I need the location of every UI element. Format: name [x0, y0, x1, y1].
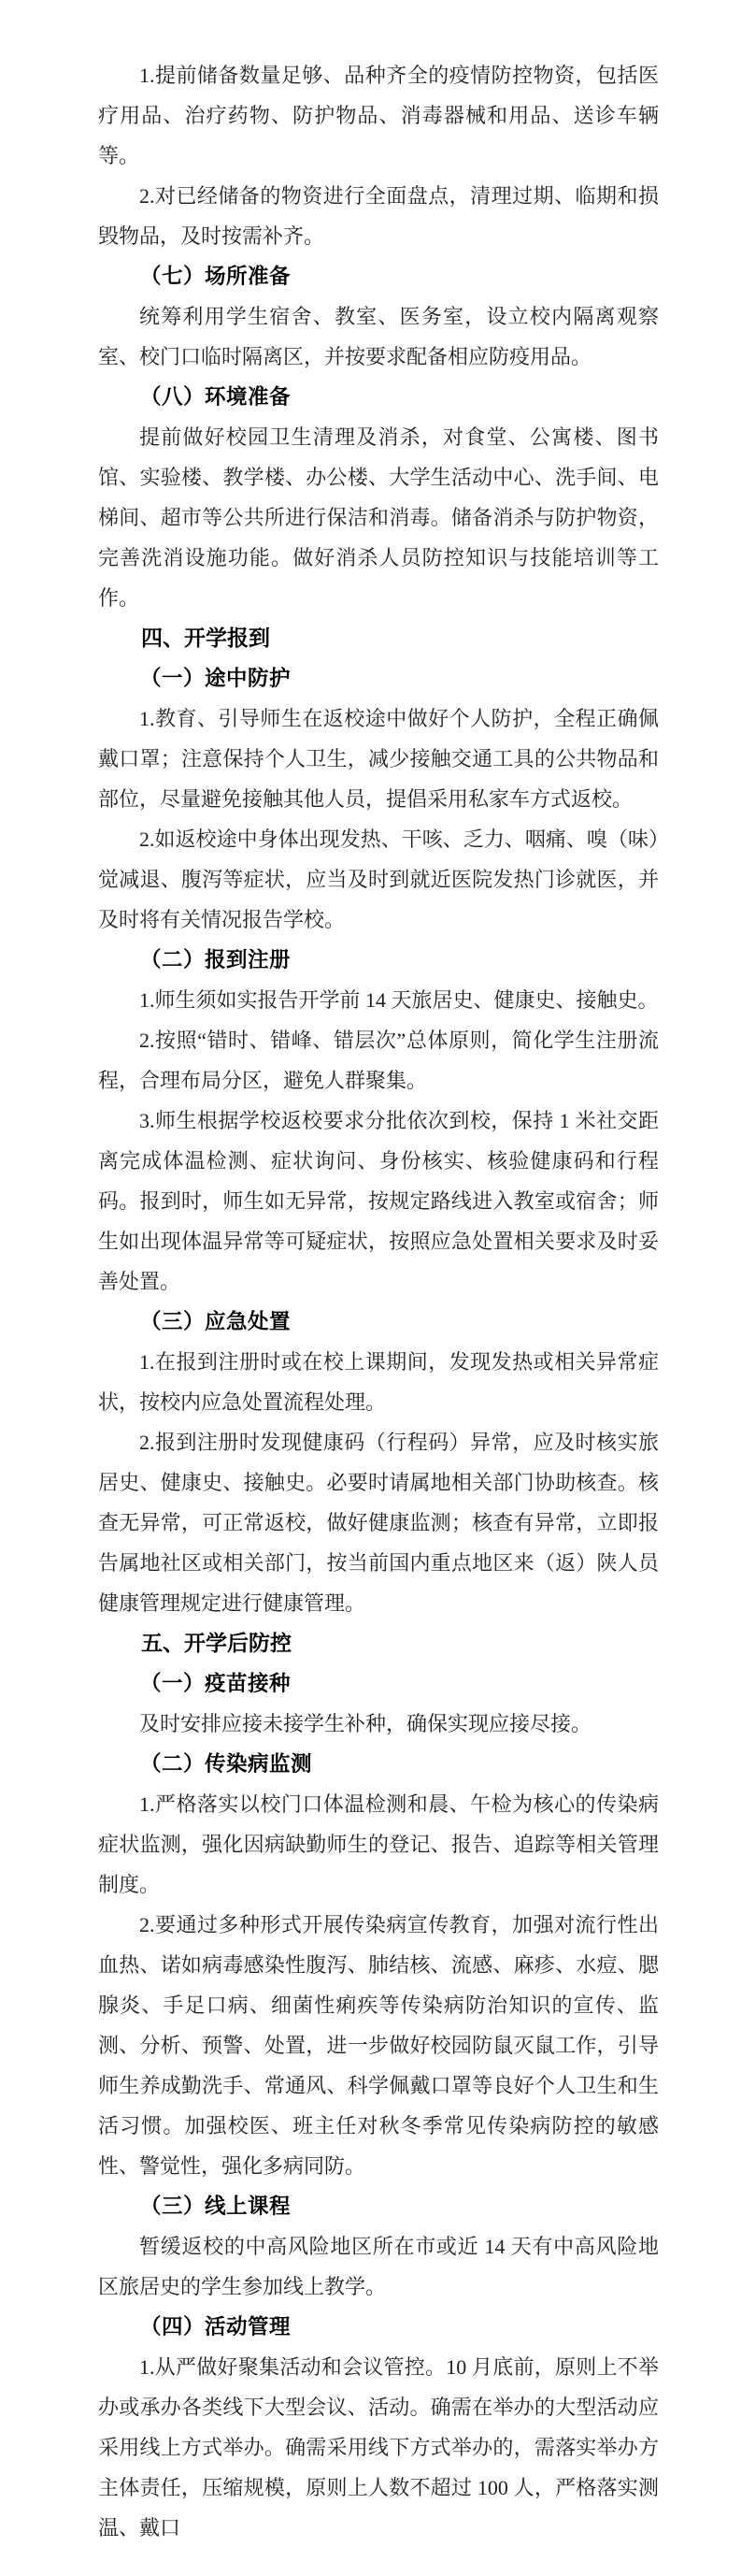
subsection-heading: （一）疫苗接种 [98, 1663, 659, 1704]
paragraph: 1.提前储备数量足够、品种齐全的疫情防控物资，包括医疗用品、治疗药物、防护物品、… [98, 55, 659, 176]
subsection-heading: （三）线上课程 [98, 2186, 659, 2226]
paragraph: 1.师生须如实报告开学前 14 天旅居史、健康史、接触史。 [98, 980, 659, 1020]
paragraph: 2.如返校途中身体出现发热、干咳、乏力、咽痛、嗅（味）觉减退、腹泻等症状，应当及… [98, 819, 659, 940]
paragraph: 1.严格落实以校门口体温检测和晨、午检为核心的传染病症状监测，强化因病缺勤师生的… [98, 1784, 659, 1905]
subsection-heading: （二）报到注册 [98, 940, 659, 980]
paragraph: 2.要通过多种形式开展传染病宣传教育，加强对流行性出血热、诺如病毒感染性腹泻、肺… [98, 1905, 659, 2186]
paragraph: 3.师生根据学校返校要求分批依次到校，保持 1 米社交距离完成体温检测、症状询问… [98, 1101, 659, 1302]
paragraph: 提前做好校园卫生清理及消杀，对食堂、公寓楼、图书馆、实验楼、教学楼、办公楼、大学… [98, 417, 659, 618]
paragraph: 1.教育、引导师生在返校途中做好个人防护，全程正确佩戴口罩；注意保持个人卫生，减… [98, 698, 659, 819]
paragraph: 1.从严做好聚集活动和会议管控。10 月底前，原则上不举办或承办各类线下大型会议… [98, 2347, 659, 2548]
subsection-heading: （四）活动管理 [98, 2307, 659, 2347]
subsection-heading: （七）场所准备 [98, 256, 659, 296]
paragraph: 2.报到注册时发现健康码（行程码）异常，应及时核实旅居史、健康史、接触史。必要时… [98, 1422, 659, 1623]
subsection-heading: （一）途中防护 [98, 658, 659, 698]
section-heading: 四、开学报到 [98, 618, 659, 658]
paragraph: 2.按照“错时、错峰、错层次”总体原则，简化学生注册流程，合理布局分区，避免人群… [98, 1020, 659, 1101]
document-page: 1.提前储备数量足够、品种齐全的疫情防控物资，包括医疗用品、治疗药物、防护物品、… [0, 0, 741, 2576]
paragraph: 1.在报到注册时或在校上课期间，发现发热或相关异常症状，按校内应急处置流程处理。 [98, 1342, 659, 1422]
document-content: 1.提前储备数量足够、品种齐全的疫情防控物资，包括医疗用品、治疗药物、防护物品、… [98, 55, 659, 2548]
paragraph: 统筹利用学生宿舍、教室、医务室，设立校内隔离观察室、校门口临时隔离区，并按要求配… [98, 296, 659, 377]
subsection-heading: （三）应急处置 [98, 1302, 659, 1342]
subsection-heading: （八）环境准备 [98, 377, 659, 417]
paragraph: 及时安排应接未接学生补种，确保实现应接尽接。 [98, 1704, 659, 1744]
subsection-heading: （二）传染病监测 [98, 1744, 659, 1784]
section-heading: 五、开学后防控 [98, 1623, 659, 1663]
paragraph: 暂缓返校的中高风险地区所在市或近 14 天有中高风险地区旅居史的学生参加线上教学… [98, 2226, 659, 2307]
paragraph: 2.对已经储备的物资进行全面盘点，清理过期、临期和损毁物品，及时按需补齐。 [98, 176, 659, 256]
